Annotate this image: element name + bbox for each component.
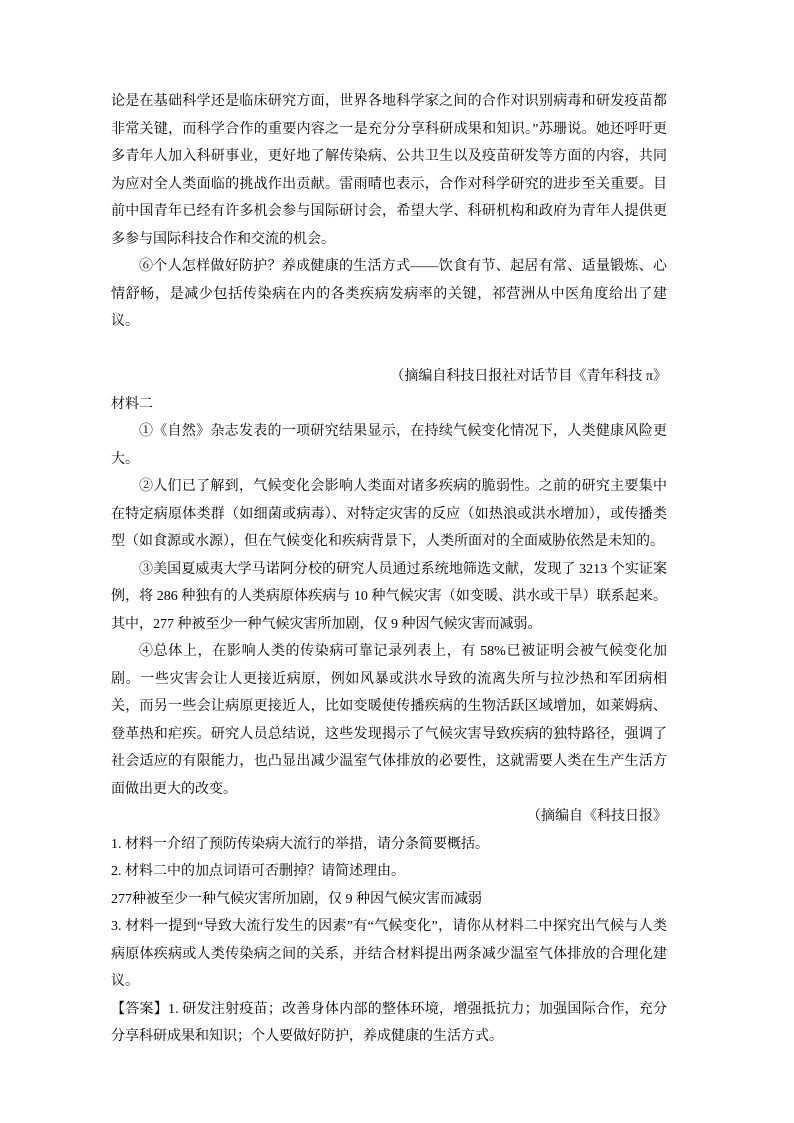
paragraph-1-nature-study: ①《自然》杂志发表的一项研究结果显示，在持续气候变化情况下，人类健康风险更大。 <box>111 418 667 473</box>
question-2: 2. 材料二中的加点词语可否删掉？请简述理由。 <box>111 858 667 886</box>
paragraph-continuation-cooperation: 论是在基础科学还是临床研究方面，世界各地科学家之间的合作对识别病毒和研发疫苗都非… <box>111 88 667 253</box>
paragraph-3-hawaii-research: ③美国夏威夷大学马诺阿分校的研究人员通过系统地筛选文献，发现了 3213 个实证… <box>111 556 667 639</box>
material-two-heading: 材料二 <box>111 391 667 419</box>
document-page: 论是在基础科学还是临床研究方面，世界各地科学家之间的合作对识别病毒和研发疫苗都非… <box>0 0 794 1123</box>
question-1: 1. 材料一介绍了预防传染病大流行的举措，请分条简要概括。 <box>111 831 667 859</box>
answer-1: 【答案】1. 研发注射疫苗；改善身体内部的整体环境，增强抵抗力；加强国际合作，充… <box>111 996 667 1051</box>
paragraph-6-personal-protection: ⑥个人怎样做好防护？养成健康的生活方式——饮食有节、起居有常、适量锻炼、心情舒畅… <box>111 253 667 336</box>
citation-material-one: （摘编自科技日报社对话节目《青年科技 π》 <box>111 363 667 391</box>
paragraph-2-climate-vulnerability: ②人们已了解到，气候变化会影响人类面对诸多疾病的脆弱性。之前的研究主要集中在特定… <box>111 473 667 556</box>
citation-material-two: （摘编自《科技日报》 <box>111 803 667 831</box>
blank-line <box>111 336 667 364</box>
question-2-quoted-sentence: 277种被至少一种气候灾害所加剧，仅 9 种因气候灾害而减弱 <box>111 886 667 914</box>
paragraph-4-overall-findings: ④总体上，在影响人类的传染病可靠记录列表上，有 58%已被证明会被气候变化加剧。… <box>111 638 667 803</box>
question-3: 3. 材料一提到“导致大流行发生的因素”有“气候变化”，请你从材料二中探究出气候… <box>111 913 667 996</box>
